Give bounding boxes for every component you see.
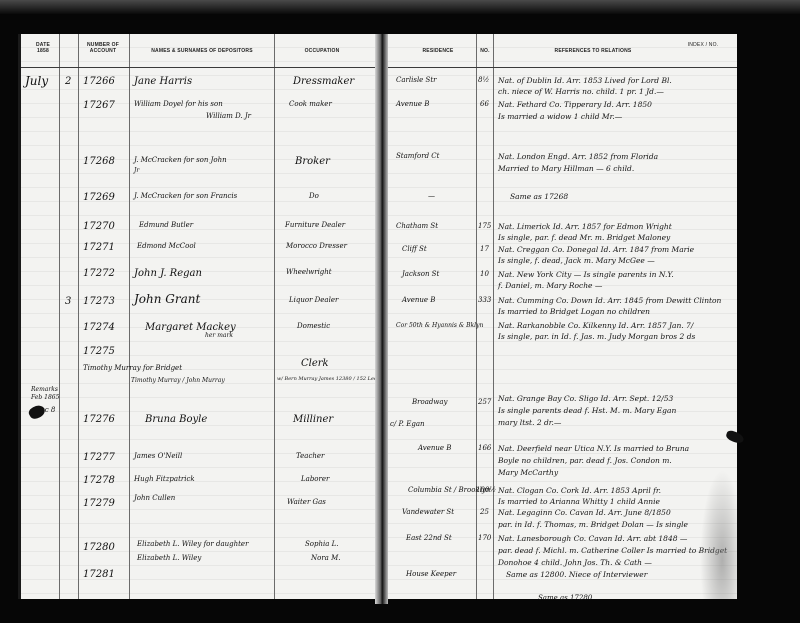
- remarks-line: Nat. Rarkanobble Co. Kilkenny Id. Arr. 1…: [498, 321, 693, 330]
- occupation: Morocco Dresser: [286, 242, 347, 250]
- occupation: Do: [309, 192, 319, 200]
- residence: Cor 50th & Hyannis & Bklyn: [396, 322, 483, 329]
- header-residence: RESIDENCE: [408, 48, 468, 54]
- remarks-line: Nat. Cumming Co. Down Id. Arr. 1845 from…: [498, 296, 721, 305]
- remarks-line: Nat. Grange Bay Co. Sligo Id. Arr. Sept.…: [498, 394, 673, 403]
- remarks-line: Nat. of Dublin Id. Arr. 1853 Lived for L…: [498, 76, 672, 85]
- occupation: Furniture Dealer: [285, 221, 345, 229]
- residence: —: [428, 192, 435, 200]
- account-number: 17279: [83, 498, 115, 509]
- ledger-right-page: RESIDENCE No. REFERENCES TO RELATIONS In…: [388, 34, 737, 599]
- account-number: 17276: [83, 414, 115, 425]
- residence: East 22nd St: [406, 534, 452, 542]
- remarks-line: Nat. Legaginn Co. Cavan Id. Arr. June 8/…: [498, 508, 671, 517]
- house-number: 10: [480, 270, 489, 278]
- depositor-name: Hugh Fitzpatrick: [134, 475, 195, 483]
- account-number: 17275: [83, 346, 115, 357]
- header-year-label: 1858: [29, 48, 57, 54]
- header-corner: Index / No.: [678, 42, 728, 48]
- house-number: 25: [480, 508, 489, 516]
- remarks-line: Is single, par. f. dead Mr. m. Bridget M…: [498, 233, 670, 242]
- remarks-line: mary ltst. 2 dr.—: [498, 418, 561, 427]
- remarks-line: Same as 17268: [510, 192, 568, 201]
- remarks-line: Is single, f. dead, Jack m. Mary McGee —: [498, 256, 655, 265]
- margin-note-line2: Feb 1865: [31, 394, 59, 401]
- account-number: 17274: [83, 322, 115, 333]
- remarks-line: Is married to Arianna Whitty 1 child Ann…: [498, 497, 660, 506]
- residence: House Keeper: [406, 570, 456, 578]
- depositor-name: Jane Harris: [134, 76, 192, 87]
- account-number: 17277: [83, 452, 115, 463]
- remarks-line: Nat. New York City — Is single parents i…: [498, 270, 674, 279]
- depositor-name-secondary: Elizabeth L. Wiley: [137, 554, 201, 562]
- house-number: 333: [478, 296, 491, 304]
- page-stain: [700, 470, 737, 599]
- residence: Carlisle Str: [396, 76, 437, 84]
- occupation: Liquor Dealer: [289, 296, 338, 304]
- remarks-line: f. Daniel, m. Mary Roche —: [498, 281, 602, 290]
- remarks-line: Boyle no children, par. dead f. Jos. Con…: [498, 456, 672, 465]
- book-gutter: [375, 34, 388, 604]
- house-number: 100½: [476, 486, 496, 494]
- header-number: Number of Account: [81, 42, 125, 54]
- remarks-line: Nat. Creggan Co. Donegal Id. Arr. 1847 f…: [498, 245, 694, 254]
- depositor-name: James O'Neill: [134, 452, 182, 460]
- depositor-name: Edmund Butler: [139, 221, 193, 229]
- occupation: Waiter Gas: [287, 498, 326, 506]
- residence: Cliff St: [402, 245, 427, 253]
- column-rule-remarks: [493, 34, 494, 599]
- occupation-secondary: Nora M.: [311, 554, 340, 562]
- header-occupation: OCCUPATION: [277, 48, 367, 54]
- depositor-name: J. McCracken for son Francis: [134, 192, 237, 200]
- depositor-name: John J. Regan: [134, 268, 202, 279]
- column-rule-day: [59, 34, 60, 599]
- account-number: 17278: [83, 475, 115, 486]
- house-number: 170: [478, 534, 491, 542]
- depositor-name: Edmond McCool: [137, 242, 196, 250]
- account-number: 17280: [83, 542, 115, 553]
- remarks-line: par. dead f. Michl. m. Catherine Coller …: [498, 546, 727, 555]
- house-number: 17: [480, 245, 489, 253]
- account-number: 17267: [83, 100, 115, 111]
- occupation: Teacher: [296, 452, 324, 460]
- house-number: 257: [478, 398, 491, 406]
- remarks-line: Nat. Lanesborough Co. Cavan Id. Arr. abt…: [498, 534, 687, 543]
- depositor-name: Bruna Boyle: [145, 414, 207, 425]
- header-remarks: REFERENCES TO RELATIONS: [528, 48, 658, 54]
- remarks-line: Same as 17280: [538, 594, 592, 602]
- account-number: 17271: [83, 242, 115, 253]
- depositor-name: John Grant: [134, 294, 200, 305]
- residence-note: c/ P. Egan: [390, 420, 425, 428]
- occupation: Clerk: [301, 358, 329, 369]
- header-rule: [388, 67, 737, 68]
- depositor-name-secondary: Jr: [134, 167, 139, 174]
- remarks-line: Is married a widow 1 child Mr.—: [498, 112, 622, 121]
- remarks-line: Nat. Deerfield near Utica N.Y. Is marrie…: [498, 444, 689, 453]
- depositor-mark: her mark: [205, 332, 233, 339]
- account-number: 17273: [83, 296, 115, 307]
- header-no: No.: [478, 48, 492, 54]
- depositor-name-secondary: Timothy Murray / John Murray: [131, 377, 225, 384]
- residence: Stamford Ct: [396, 152, 439, 160]
- depositor-name: Timothy Murray for Bridget: [83, 364, 182, 372]
- house-number: 8½: [478, 76, 489, 84]
- remarks-line: Same as 12800. Niece of Interviewer: [506, 570, 647, 579]
- day-marker: 2: [65, 76, 71, 87]
- occupation: Sophia L.: [305, 540, 339, 548]
- margin-note-line1: Remarks: [31, 386, 58, 393]
- house-number: 175: [478, 222, 491, 230]
- remarks-line: Nat. Clogan Co. Cork Id. Arr. 1853 April…: [498, 486, 661, 495]
- occupation: Domestic: [297, 322, 330, 330]
- residence: Avenue B: [402, 296, 435, 304]
- account-number: 17281: [83, 569, 115, 580]
- residence: Avenue B: [396, 100, 429, 108]
- residence: Chatham St: [396, 222, 438, 230]
- residence: Jackson St: [402, 270, 439, 278]
- book-top-shadow: [0, 0, 800, 14]
- depositor-name: J. McCracken for son John: [134, 156, 227, 164]
- column-rule-no: [476, 34, 477, 599]
- column-rule-number: [78, 34, 79, 599]
- header-date: DATE 1858: [29, 42, 57, 54]
- account-number: 17269: [83, 192, 115, 203]
- residence: Broadway: [412, 398, 447, 406]
- depositor-name: John Cullen: [134, 494, 175, 502]
- occupation: Broker: [295, 156, 330, 167]
- depositor-name: Elizabeth L. Wiley for daughter: [137, 540, 248, 548]
- column-rule-name: [129, 34, 130, 599]
- account-number: 17270: [83, 221, 115, 232]
- account-number: 17266: [83, 76, 115, 87]
- occupation: Cook maker: [289, 100, 332, 108]
- remarks-line: ch. niece of W. Harris no. child. 1 pr. …: [498, 87, 664, 96]
- depositor-name-secondary: William D. Jr: [206, 112, 251, 120]
- remarks-line: Is married to Bridget Logan no children: [498, 307, 650, 316]
- account-number: 17268: [83, 156, 115, 167]
- residence: Vandewater St: [402, 508, 454, 516]
- remarks-line: Is single parents dead f. Hst. M. m. Mar…: [498, 406, 676, 415]
- residence: Avenue B: [418, 444, 451, 452]
- depositor-name: William Doyel for his son: [134, 100, 223, 108]
- remarks-line: par. in Id. f. Thomas, m. Bridget Dolan …: [498, 520, 688, 529]
- header-names: NAMES & SURNAMES OF DEPOSITORS: [133, 48, 271, 54]
- remarks-line: Is single, par. in Id. f. Jas. m. Judy M…: [498, 332, 695, 341]
- remarks-line: Donohoe 4 child. John Jos. Th. & Cath —: [498, 558, 652, 567]
- remarks-line: Married to Mary Hillman — 6 child.: [498, 164, 634, 173]
- remarks-line: Nat. Limerick Id. Arr. 1857 for Edmon Wr…: [498, 222, 672, 231]
- house-number: 66: [480, 100, 489, 108]
- occupation: Laborer: [301, 475, 329, 483]
- ledger-left-page: DATE 1858 Number of Account NAMES & SURN…: [18, 34, 378, 599]
- day-marker: 3: [65, 296, 71, 307]
- house-number: 166: [478, 444, 491, 452]
- remarks-line: Nat. Fethard Co. Tipperary Id. Arr. 1850: [498, 100, 652, 109]
- occupation: Wheelwright: [286, 268, 332, 276]
- header-rule: [21, 67, 378, 68]
- column-rule-occupation: [274, 34, 275, 599]
- remarks-line: Mary McCarthy: [498, 468, 558, 477]
- occupation: Milliner: [293, 414, 333, 425]
- account-number: 17272: [83, 268, 115, 279]
- month-label: July: [25, 76, 48, 87]
- occupation: Dressmaker: [293, 76, 354, 87]
- remarks-line: Nat. London Engd. Arr. 1852 from Florida: [498, 152, 658, 161]
